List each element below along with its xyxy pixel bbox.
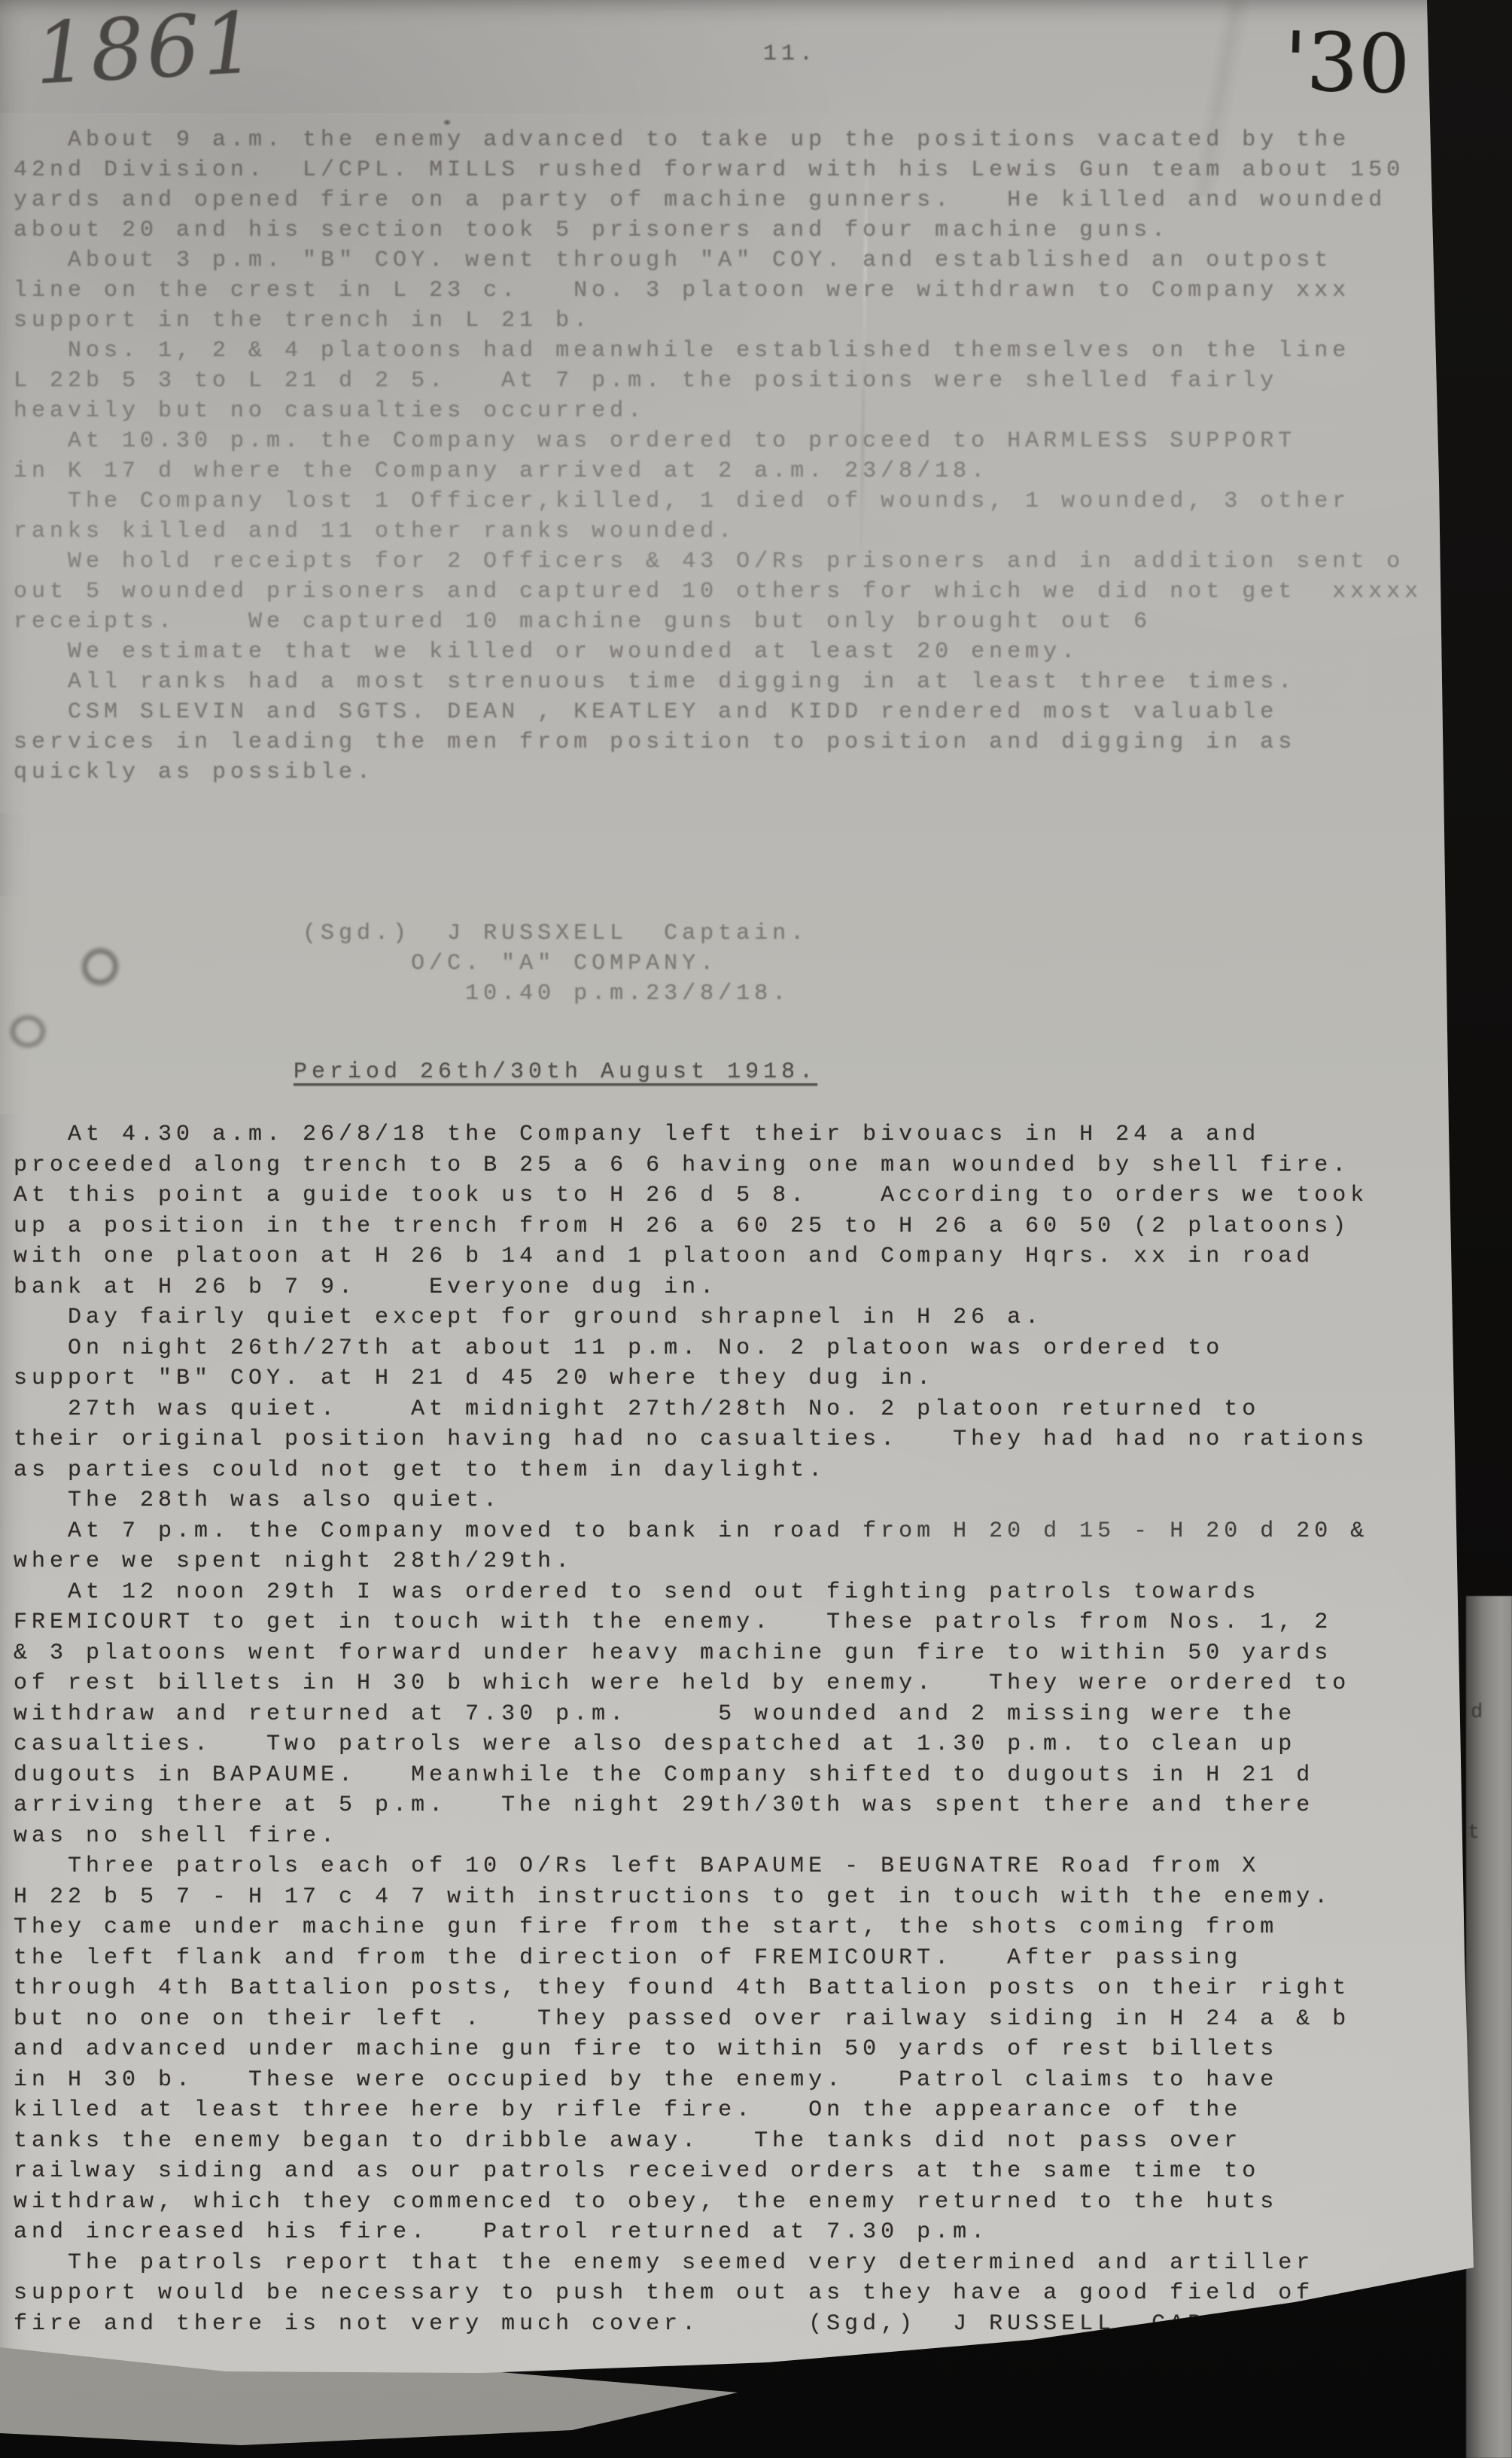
- bleedthrough-mark: d: [1471, 1701, 1486, 1724]
- underlying-page-edge: d t: [1466, 1596, 1512, 2458]
- war-diary-entry-23-august: About 9 a.m. the enemy advanced to take …: [14, 125, 1422, 787]
- war-diary-entry-26-30-august: At 4.30 a.m. 26/8/18 the Company left th…: [14, 1119, 1368, 2339]
- typed-page-number: 11.: [763, 39, 817, 69]
- bleedthrough-mark: t: [1468, 1822, 1483, 1844]
- period-heading: Period 26th/30th August 1918.: [294, 1057, 817, 1087]
- document-photo: d t 1861 11. '30 About 9 a.m. the enemy …: [0, 0, 1512, 2458]
- document-page: 1861 11. '30 About 9 a.m. the enemy adva…: [0, 0, 1512, 2458]
- handwritten-catalog-number: 1861: [32, 0, 260, 104]
- ink-smudge-ring: [2, 1007, 54, 1055]
- handwritten-folio-number: '30: [1282, 15, 1410, 112]
- signature-block-russell: (Sgd.) J RUSSXELL Captain. O/C. "A" COMP…: [14, 918, 808, 1009]
